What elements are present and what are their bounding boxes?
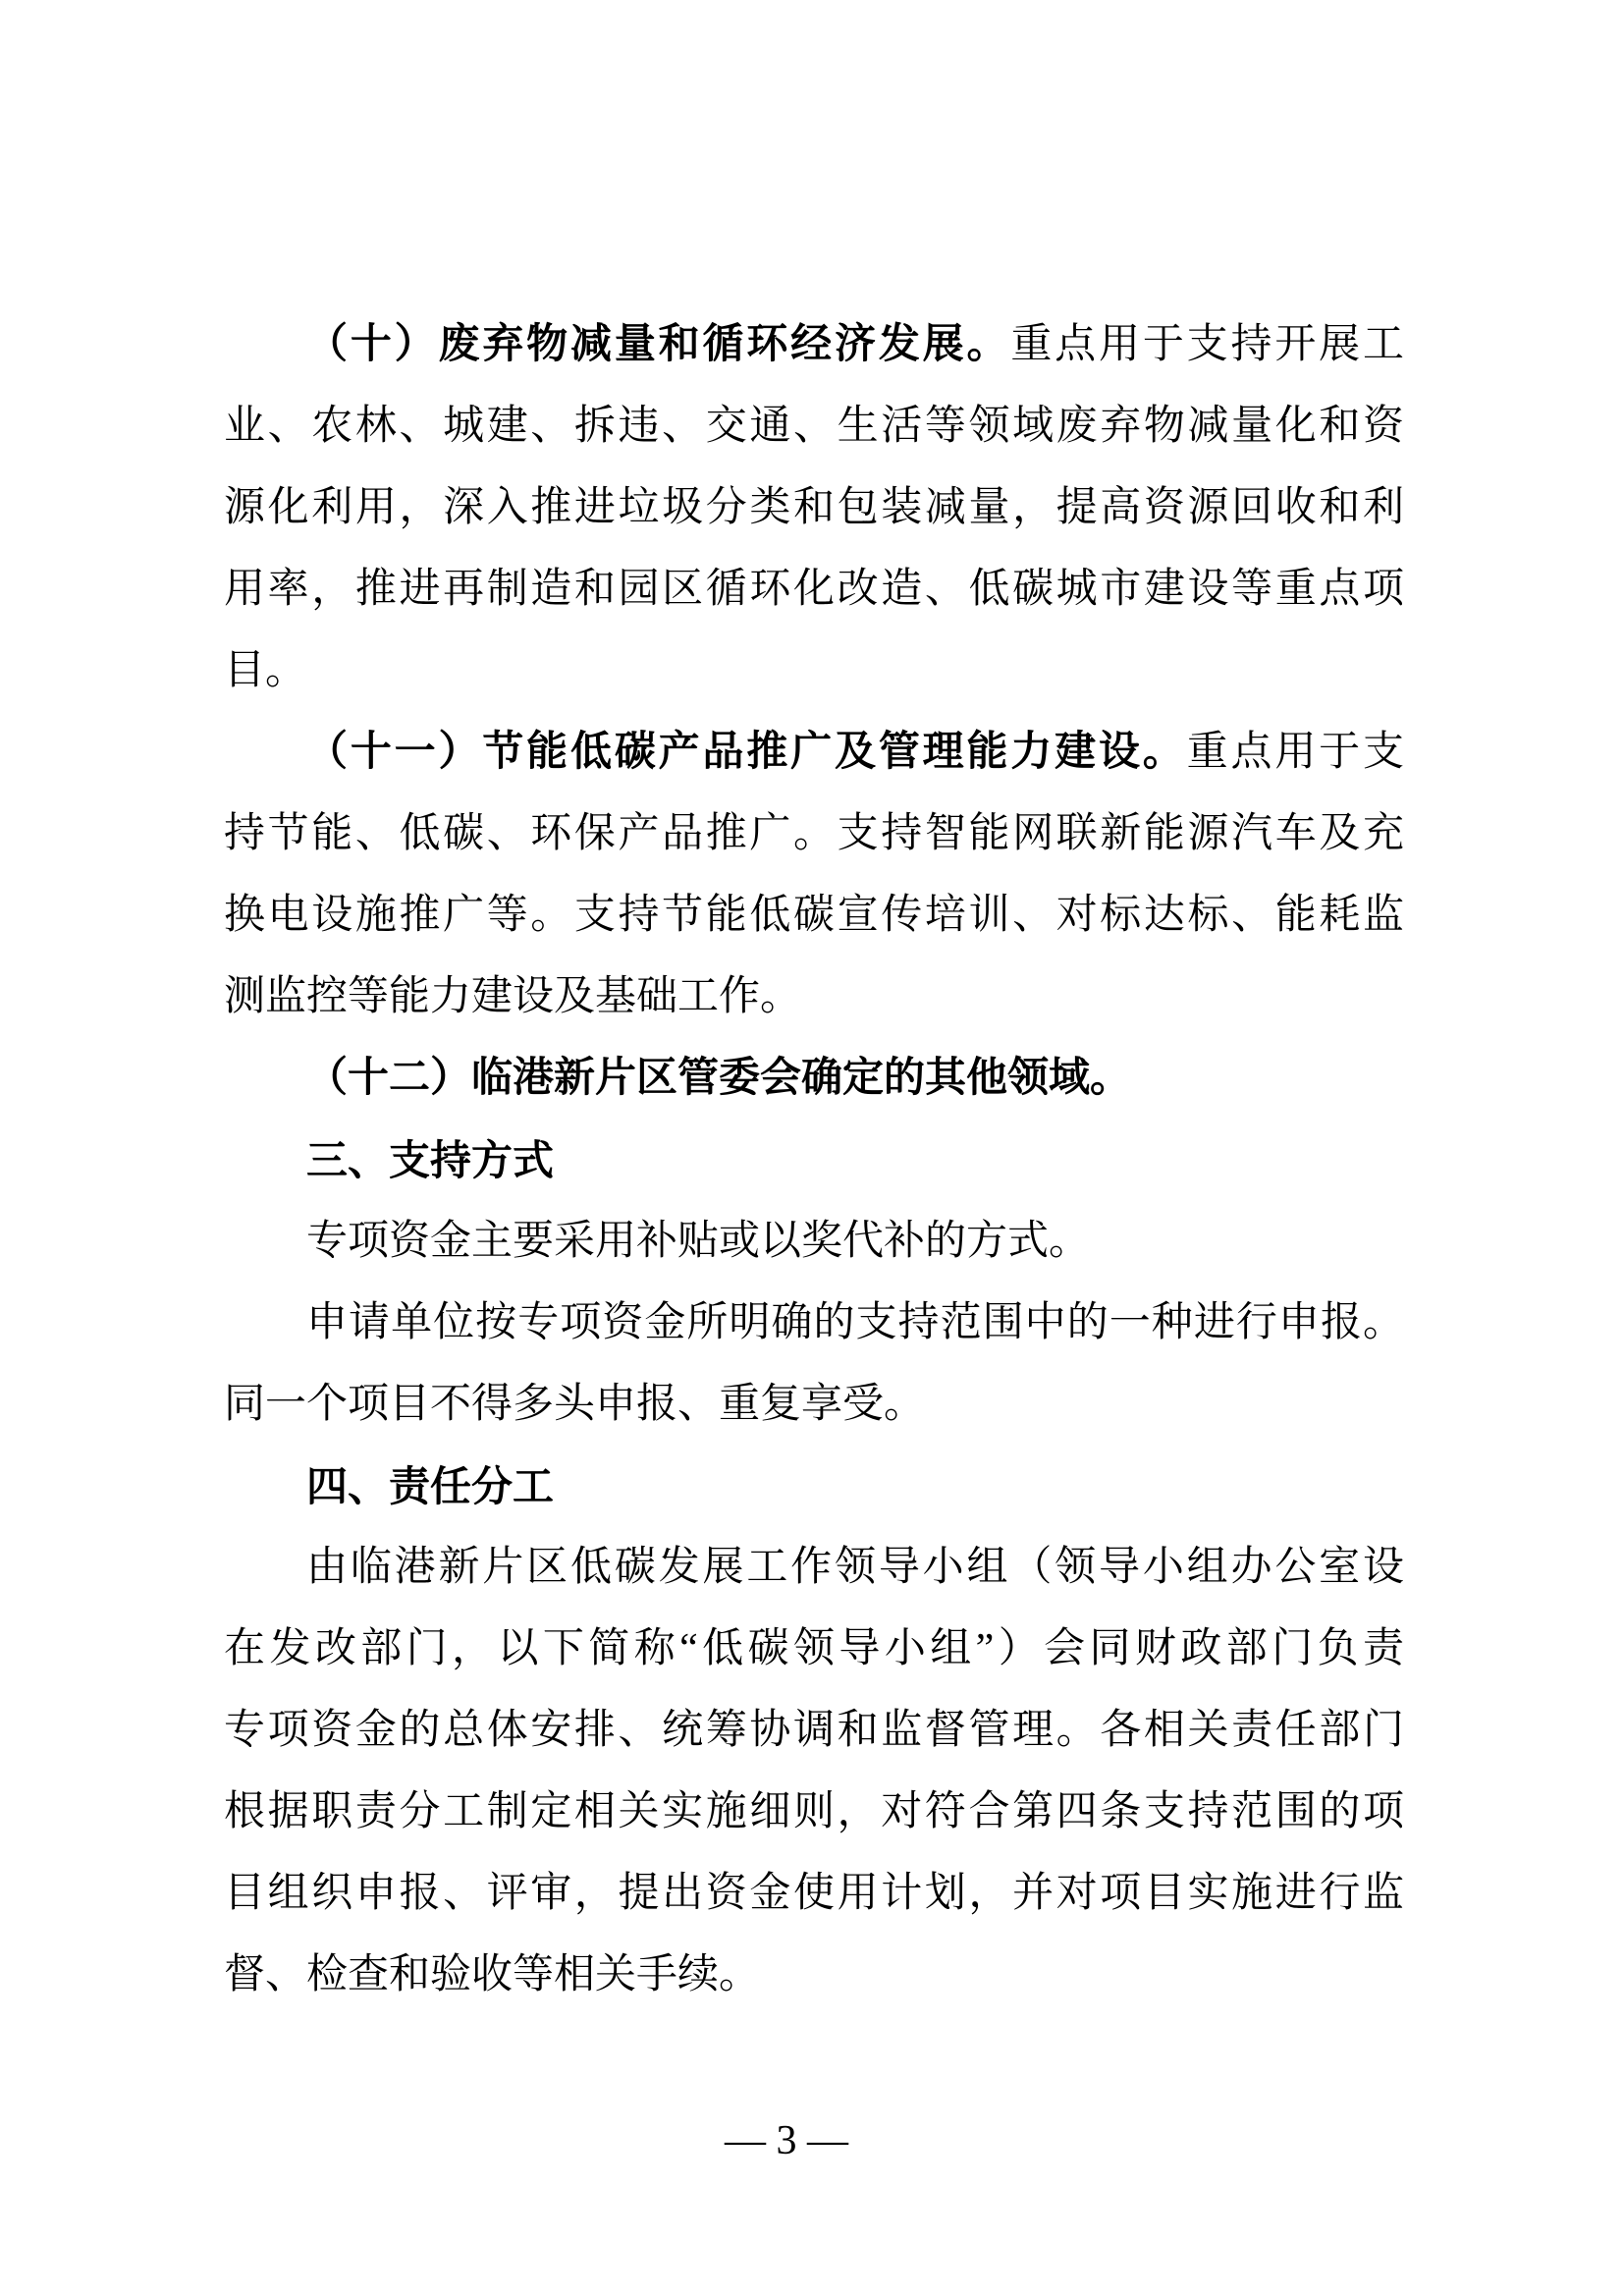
body-text: 由临港新片区低碳发展工作领导小组（领导小组办公室设 — [306, 1545, 1404, 1590]
body-text: 专项资金主要采用补贴或以奖代补的方式。 — [306, 1219, 1090, 1264]
section-heading-text: 四、责任分工 — [306, 1463, 554, 1509]
text-line: 在发改部门，以下简称“低碳领导小组”）会同财政部门负责 — [224, 1609, 1404, 1690]
page-footer: — 3 — — [725, 2117, 848, 2164]
body-text: 申请单位按专项资金所明确的支持范围中的一种进行申报。 — [306, 1300, 1404, 1345]
body-text: 重点用于支 — [1187, 730, 1404, 775]
body-text: 源化利用，深入推进垃圾分类和包装减量，提高资源回收和利 — [224, 485, 1404, 530]
text-line: 测监控等能力建设及基础工作。 — [224, 957, 1404, 1038]
text-line: 源化利用，深入推进垃圾分类和包装减量，提高资源回收和利 — [224, 467, 1404, 549]
text-line: （十二）临港新片区管委会确定的其他领域。 — [224, 1038, 1404, 1120]
text-line: （十）废弃物减量和循环经济发展。重点用于支持开展工 — [224, 304, 1404, 386]
text-line: 专项资金主要采用补贴或以奖代补的方式。 — [224, 1201, 1404, 1283]
body-text: 在发改部门，以下简称“低碳领导小组”）会同财政部门负责 — [224, 1626, 1404, 1671]
text-line: 督、检查和验收等相关手续。 — [224, 1935, 1404, 2016]
text-line: 申请单位按专项资金所明确的支持范围中的一种进行申报。 — [224, 1283, 1404, 1364]
text-line: 三、支持方式 — [224, 1120, 1404, 1201]
body-text: 用率，推进再制造和园区循环化改造、低碳城市建设等重点项 — [224, 567, 1404, 612]
body-text: 换电设施推广等。支持节能低碳宣传培训、对标达标、能耗监 — [224, 893, 1404, 938]
section-lead-text: （十一）节能低碳产品推广及管理能力建设。 — [306, 730, 1187, 775]
text-line: 专项资金的总体安排、统筹协调和监督管理。各相关责任部门 — [224, 1690, 1404, 1772]
body-text: 专项资金的总体安排、统筹协调和监督管理。各相关责任部门 — [224, 1708, 1404, 1753]
text-line: 四、责任分工 — [224, 1446, 1404, 1527]
document-page: （十）废弃物减量和循环经济发展。重点用于支持开展工业、农林、城建、拆违、交通、生… — [0, 0, 1623, 2296]
section-heading-text: 三、支持方式 — [306, 1137, 554, 1183]
page-number: — 3 — — [725, 2118, 848, 2163]
body-text: 目。 — [224, 648, 306, 693]
text-line: 根据职责分工制定相关实施细则，对符合第四条支持范围的项 — [224, 1772, 1404, 1853]
text-line: 用率，推进再制造和园区循环化改造、低碳城市建设等重点项 — [224, 549, 1404, 630]
text-line: 换电设施推广等。支持节能低碳宣传培训、对标达标、能耗监 — [224, 875, 1404, 957]
text-line: 目。 — [224, 630, 1404, 712]
body-text: 持节能、低碳、环保产品推广。支持智能网联新能源汽车及充 — [224, 811, 1404, 856]
section-lead-text: （十二）临港新片区管委会确定的其他领域。 — [306, 1056, 1131, 1101]
section-lead-text: （十）废弃物减量和循环经济发展。 — [306, 322, 1010, 367]
text-line: 由临港新片区低碳发展工作领导小组（领导小组办公室设 — [224, 1527, 1404, 1609]
body-text: 重点用于支持开展工 — [1010, 322, 1404, 367]
body-text: 测监控等能力建设及基础工作。 — [224, 974, 801, 1019]
body-text: 同一个项目不得多头申报、重复享受。 — [224, 1382, 925, 1427]
text-line: 持节能、低碳、环保产品推广。支持智能网联新能源汽车及充 — [224, 793, 1404, 875]
body-text: 督、检查和验收等相关手续。 — [224, 1952, 760, 1997]
body-text: 根据职责分工制定相关实施细则，对符合第四条支持范围的项 — [224, 1789, 1404, 1834]
body-text: 业、农林、城建、拆违、交通、生活等领域废弃物减量化和资 — [224, 404, 1404, 449]
text-line: （十一）节能低碳产品推广及管理能力建设。重点用于支 — [224, 712, 1404, 793]
text-line: 同一个项目不得多头申报、重复享受。 — [224, 1364, 1404, 1446]
document-body: （十）废弃物减量和循环经济发展。重点用于支持开展工业、农林、城建、拆违、交通、生… — [224, 304, 1404, 2016]
text-line: 业、农林、城建、拆违、交通、生活等领域废弃物减量化和资 — [224, 386, 1404, 467]
body-text: 目组织申报、评审，提出资金使用计划，并对项目实施进行监 — [224, 1871, 1404, 1916]
text-line: 目组织申报、评审，提出资金使用计划，并对项目实施进行监 — [224, 1853, 1404, 1935]
